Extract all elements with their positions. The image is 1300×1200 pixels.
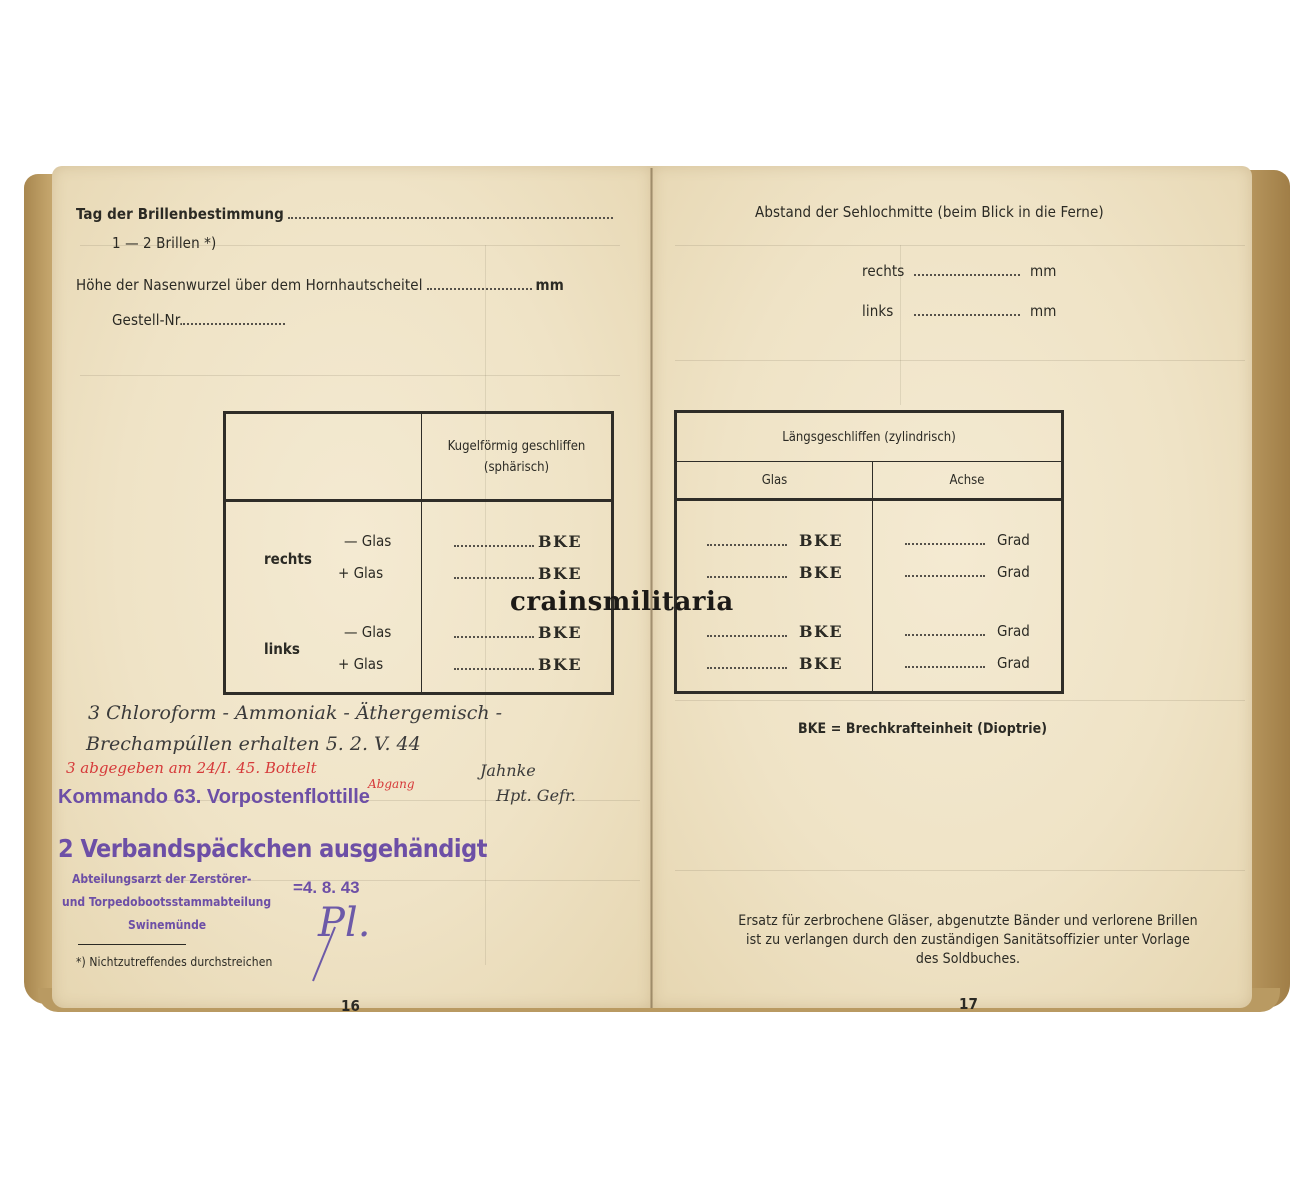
pupil-distance-label: links bbox=[862, 302, 910, 320]
pupil-distance-blank bbox=[914, 273, 1020, 276]
side-column: rechts — Glas + Glas links — Glas + Glas bbox=[225, 501, 422, 694]
value-blank bbox=[905, 633, 985, 636]
bleed-through-line bbox=[80, 375, 620, 376]
glas-value-row: BKE bbox=[703, 563, 843, 582]
achse-value-row: Grad bbox=[901, 531, 1030, 549]
spherical-subheader: (sphärisch) bbox=[422, 460, 611, 475]
pupil-distance-title: Abstand der Sehlochmitte (beim Blick in … bbox=[755, 203, 1104, 221]
column-header-glas: Glas bbox=[676, 462, 873, 500]
bke-unit: BKE bbox=[799, 563, 843, 582]
glas-value-row: BKE bbox=[703, 531, 843, 550]
spherical-value-row: BKE bbox=[450, 564, 582, 583]
handwritten-entry-line2: Brechampúllen erhalten 5. 2. V. 44 bbox=[86, 733, 421, 755]
exam-date-blank bbox=[288, 216, 613, 219]
footnote: *) Nichtzutreffendes durchstreichen bbox=[76, 955, 272, 969]
pupil-distance-right-row: rechtsmm bbox=[862, 262, 1057, 280]
nose-root-height-label: Höhe der Nasenwurzel über dem Hornhautsc… bbox=[76, 276, 423, 294]
bleed-through-line bbox=[675, 700, 1245, 701]
page-number-right: 17 bbox=[959, 995, 978, 1013]
cylindrical-header: Längsgeschliffen (zylindrisch) bbox=[676, 412, 1063, 462]
value-blank bbox=[707, 666, 787, 669]
spherical-header: Kugelförmig geschliffen bbox=[422, 439, 611, 454]
bke-legend: BKE = Brechkrafteinheit (Dioptrie) bbox=[798, 721, 1047, 737]
exam-date-label: Tag der Brillenbestimmung bbox=[76, 205, 284, 223]
bke-unit: BKE bbox=[799, 622, 843, 641]
stamp-unit-line2: und Torpedobootsstammabteilung bbox=[62, 895, 271, 909]
pupil-distance-left-row: linksmm bbox=[862, 302, 1057, 320]
value-blank bbox=[905, 542, 985, 545]
frame-number-field: Gestell-Nr. bbox=[112, 311, 289, 329]
value-blank bbox=[905, 574, 985, 577]
lens-label: — Glas bbox=[344, 623, 391, 641]
column-header-achse: Achse bbox=[873, 462, 1063, 500]
achse-values-column: Grad Grad Grad Grad bbox=[873, 500, 1063, 693]
replacement-notice: Ersatz für zerbrochene Gläser, abgenutzt… bbox=[694, 912, 1242, 969]
exam-date-field: Tag der Brillenbestimmung bbox=[76, 205, 617, 223]
handwritten-entry-line1: 3 Chloroform - Ammoniak - Äthergemisch - bbox=[88, 702, 502, 724]
bke-unit: BKE bbox=[538, 655, 582, 674]
table-corner-cell bbox=[225, 413, 422, 501]
stamp-unit-line1: Abteilungsarzt der Zerstörer- bbox=[72, 872, 251, 886]
grad-unit: Grad bbox=[997, 563, 1030, 581]
bke-unit: BKE bbox=[538, 564, 582, 583]
value-blank bbox=[707, 634, 787, 637]
frame-number-blank bbox=[183, 322, 285, 325]
achse-value-row: Grad bbox=[901, 563, 1030, 581]
nose-root-height-unit: mm bbox=[536, 276, 564, 294]
value-blank bbox=[454, 635, 534, 638]
glas-value-row: BKE bbox=[703, 654, 843, 673]
red-ink-note: 3 abgegeben am 24/I. 45. Bottelt bbox=[66, 759, 317, 777]
pupil-distance-label: rechts bbox=[862, 262, 910, 280]
nose-root-height-blank bbox=[427, 287, 532, 290]
footnote-rule bbox=[78, 944, 186, 945]
spherical-value-row: BKE bbox=[450, 655, 582, 674]
value-blank bbox=[707, 575, 787, 578]
spherical-header-cell: Kugelförmig geschliffen (sphärisch) bbox=[422, 413, 613, 501]
spherical-lens-table: Kugelförmig geschliffen (sphärisch) rech… bbox=[223, 411, 614, 695]
notice-line: Ersatz für zerbrochene Gläser, abgenutzt… bbox=[694, 912, 1242, 931]
pupil-distance-blank bbox=[914, 313, 1020, 316]
bke-unit: BKE bbox=[799, 531, 843, 550]
nose-root-height-field: Höhe der Nasenwurzel über dem Hornhautsc… bbox=[76, 276, 564, 294]
value-blank bbox=[454, 576, 534, 579]
bleed-through-line bbox=[675, 245, 1245, 246]
stamp-verbandspaeckchen: 2 Verbandspäckchen ausgehändigt bbox=[58, 834, 487, 863]
spherical-value-row: BKE bbox=[450, 532, 582, 551]
achse-value-row: Grad bbox=[901, 622, 1030, 640]
lens-label: + Glas bbox=[338, 655, 383, 673]
bleed-through-line bbox=[675, 360, 1245, 361]
value-blank bbox=[707, 543, 787, 546]
page-number-left: 16 bbox=[341, 997, 360, 1015]
lens-label: — Glas bbox=[344, 532, 391, 550]
achse-value-row: Grad bbox=[901, 654, 1030, 672]
signature-stroke bbox=[305, 925, 345, 985]
cylindrical-lens-table: Längsgeschliffen (zylindrisch) Glas Achs… bbox=[674, 410, 1064, 694]
pupil-distance-unit: mm bbox=[1030, 262, 1057, 280]
side-label-rechts: rechts bbox=[264, 550, 312, 568]
value-blank bbox=[454, 667, 534, 670]
bke-unit: BKE bbox=[799, 654, 843, 673]
value-blank bbox=[454, 544, 534, 547]
stamp-unit-line3: Swinemünde bbox=[128, 918, 206, 932]
side-label-links: links bbox=[264, 640, 300, 658]
stamp-kommando: Kommando 63. Vorpostenflottille bbox=[58, 786, 370, 809]
signature-name: Jahnke bbox=[480, 761, 536, 780]
grad-unit: Grad bbox=[997, 531, 1030, 549]
notice-line: des Soldbuches. bbox=[694, 950, 1242, 969]
glas-value-row: BKE bbox=[703, 622, 843, 641]
stamp-date: =4. 8. 43 bbox=[293, 878, 360, 898]
watermark: crainsmilitaria bbox=[510, 587, 734, 617]
value-blank bbox=[905, 665, 985, 668]
red-ink-subnote: Abgang bbox=[368, 777, 415, 791]
notice-line: ist zu verlangen durch den zuständigen S… bbox=[694, 931, 1242, 950]
grad-unit: Grad bbox=[997, 654, 1030, 672]
bke-unit: BKE bbox=[538, 623, 582, 642]
pupil-distance-unit: mm bbox=[1030, 302, 1057, 320]
signature-rank: Hpt. Gefr. bbox=[496, 786, 576, 805]
grad-unit: Grad bbox=[997, 622, 1030, 640]
bleed-through-line bbox=[675, 870, 1245, 871]
glasses-count-label: 1 — 2 Brillen *) bbox=[112, 234, 216, 252]
spherical-value-row: BKE bbox=[450, 623, 582, 642]
lens-label: + Glas bbox=[338, 564, 383, 582]
frame-number-label: Gestell-Nr. bbox=[112, 311, 183, 329]
bke-unit: BKE bbox=[538, 532, 582, 551]
